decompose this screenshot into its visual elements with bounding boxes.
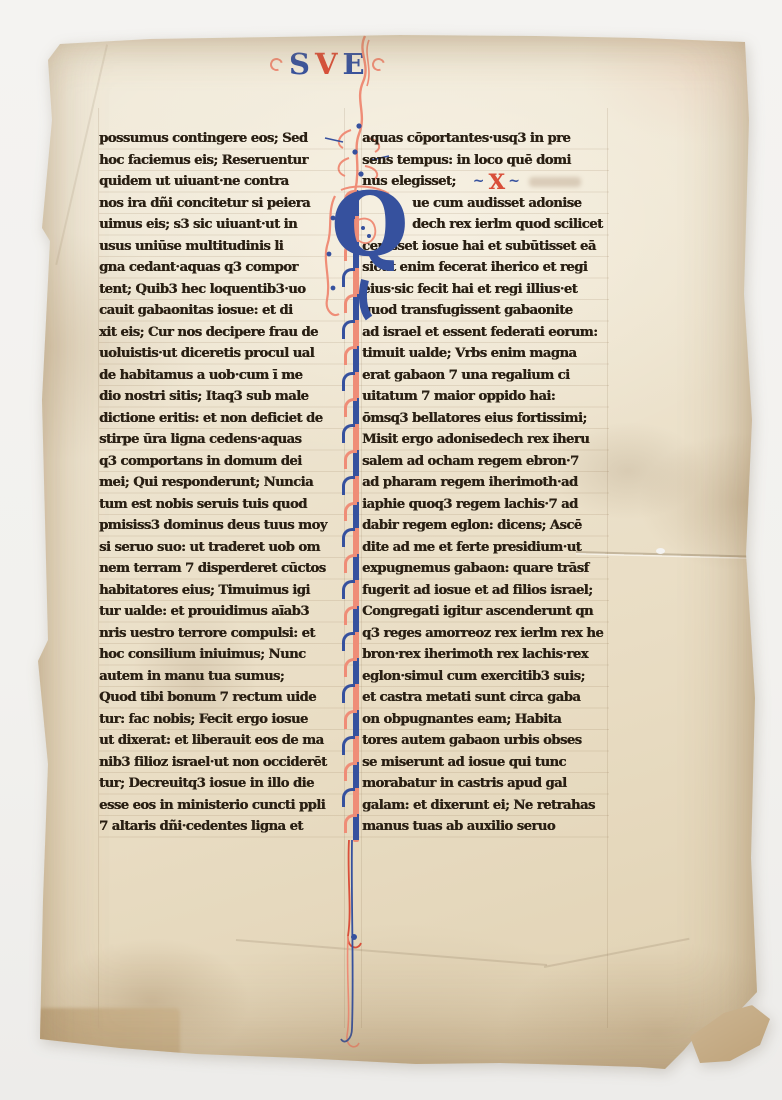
bar-flourish-icon — [342, 684, 355, 703]
text-line: dio nostri sitis; Itaq3 sub male — [99, 386, 346, 408]
initial-letter: Q — [331, 176, 408, 273]
text-line: sens tempus: in loco quē domi — [362, 150, 609, 172]
text-line: aquas cōportantes·usq3 in pre — [362, 128, 609, 150]
text-line: gna cedant·aquas q3 compor — [99, 257, 346, 279]
text-line: Quod tibi bonum 7 rectum uide — [99, 687, 346, 709]
text-line: ut dixerat: et liberauit eos de ma — [99, 730, 346, 752]
text-line: salem ad ocham regem ebron·7 — [362, 451, 609, 473]
bar-flourish-icon — [342, 788, 355, 807]
penwork-curl-icon — [268, 55, 285, 72]
text-line: manus tuas ab auxilio seruo — [362, 816, 609, 838]
text-line: ad pharam regem iherimoth·ad — [362, 472, 609, 494]
bar-flourish-icon — [344, 450, 357, 469]
text-line: expugnemus gabaon: quare trāsf — [362, 558, 609, 580]
text-line: cauit gabaonitas iosue: et di — [99, 300, 346, 322]
bar-flourish-icon — [342, 320, 355, 339]
text-line: mei; Qui responderunt; Nuncia — [99, 472, 346, 494]
text-line: Misit ergo adonisedech rex iheru — [362, 429, 609, 451]
bar-flourish-icon — [342, 528, 355, 547]
bar-flourish-icon — [342, 476, 355, 495]
illuminated-initial: Q — [325, 188, 401, 320]
text-line: 7 altaris dñi·cedentes ligna et — [99, 816, 346, 838]
crease-line — [236, 939, 547, 966]
bar-flourish-icon — [344, 762, 357, 781]
text-line: et castra metati sunt circa gaba — [362, 687, 609, 709]
bar-flourish-icon — [342, 580, 355, 599]
chapter-numeral: X — [488, 171, 504, 192]
bar-flourish-icon — [344, 554, 357, 573]
bar-flourish-icon — [342, 632, 355, 651]
bar-flourish-icon — [342, 424, 355, 443]
text-line: esse eos in ministerio cuncti ppli — [99, 795, 346, 817]
bar-descender — [331, 840, 391, 1060]
text-line: bron·rex iherimoth rex lachis·rex — [362, 644, 609, 666]
text-line: quidem ut uiuant·ne contra — [99, 171, 346, 193]
text-line: erat gabaon 7 una regalium ci — [362, 365, 609, 387]
bar-flourish-icon — [344, 346, 357, 365]
text-line: morabatur in castris apud gal — [362, 773, 609, 795]
penwork-squiggle-icon: ~ — [473, 171, 485, 193]
text-line: de habitamus a uob·cum ī me — [99, 365, 346, 387]
text-line: dabir regem eglon: dicens; Ascē — [362, 515, 609, 537]
text-line: ad israel et essent federati eorum: — [362, 322, 609, 344]
leaf-shadow-wrap: S V E possumus contingere eos; Sedhoc fa… — [0, 0, 782, 1100]
text-line: se miserunt ad iosue qui tunc — [362, 752, 609, 774]
text-line: nris uestro terrore compulsi: et — [99, 623, 346, 645]
text-line: tores autem gabaon urbis obses — [362, 730, 609, 752]
bar-flourish-icon — [344, 606, 357, 625]
text-line: possumus contingere eos; Sed — [99, 128, 346, 150]
text-line: uimus eis; s3 sic uiuant·ut in — [99, 214, 346, 236]
text-line: uoluistis·ut diceretis procul ual — [99, 343, 346, 365]
text-line: tur ualde: et prouidimus aīab3 — [99, 601, 346, 623]
bar-flourish-icon — [344, 710, 357, 729]
text-line: tur: fac nobis; Fecit ergo iosue — [99, 709, 346, 731]
bar-flourish-icon — [344, 658, 357, 677]
text-line: Congregati igitur ascenderunt qn — [362, 601, 609, 623]
text-line: tum est nobis seruis tuis quod — [99, 494, 346, 516]
bar-flourish-icon — [344, 398, 357, 417]
text-line: galam: et dixerunt ei; Ne retrahas — [362, 795, 609, 817]
text-line: uitatum 7 maior oppido hai: — [362, 386, 609, 408]
text-line: nib3 filioz israel·ut non occiderēt — [99, 752, 346, 774]
text-line: eglon·simul cum exercitib3 suis; — [362, 666, 609, 688]
stain — [38, 1008, 180, 1060]
text-line: hoc faciemus eis; Reseruentur — [99, 150, 346, 172]
text-line: usus uniūse multitudinis li — [99, 236, 346, 258]
parchment-leaf: S V E possumus contingere eos; Sedhoc fa… — [36, 34, 758, 1074]
text-line: timuit ualde; Vrbs enim magna — [362, 343, 609, 365]
parchment-hole — [656, 548, 665, 554]
text-line: autem in manu tua sumus; — [99, 666, 346, 688]
text-line: xit eis; Cur nos decipere frau de — [99, 322, 346, 344]
penwork-squiggle-icon: ~ — [508, 171, 520, 193]
text-line: fugerit ad iosue et ad filios israel; — [362, 580, 609, 602]
text-line: si seruo suo: ut traderet uob om — [99, 537, 346, 559]
text-line: nos ira dñi concitetur si peiera — [99, 193, 346, 215]
bar-flourish-icon — [344, 502, 357, 521]
running-title-letter: S — [289, 50, 311, 79]
text-line: q3 comportans in domum dei — [99, 451, 346, 473]
faded-ink-smudge — [529, 177, 581, 187]
text-line: tent; Quib3 hec loquentib3·uo — [99, 279, 346, 301]
text-column-left: possumus contingere eos; Sedhoc faciemus… — [99, 128, 346, 840]
text-line: dictione eritis: et non deficiet de — [99, 408, 346, 430]
bar-flourish-icon — [342, 736, 355, 755]
text-line: stirpe ūra ligna cedens·aquas — [99, 429, 346, 451]
text-line: dite ad me et ferte presidium·ut — [362, 537, 609, 559]
text-line: habitatores eius; Timuimus igi — [99, 580, 346, 602]
text-line: hoc consilium iniuimus; Nunc — [99, 644, 346, 666]
text-line: on obpugnantes eam; Habita — [362, 709, 609, 731]
text-block: possumus contingere eos; Sedhoc faciemus… — [99, 128, 609, 840]
text-line: q3 reges amorreoz rex ierlm rex he — [362, 623, 609, 645]
text-line: iaphie quoq3 regem lachis·7 ad — [362, 494, 609, 516]
bar-flourish-icon — [342, 372, 355, 391]
text-line: tur; Decreuitq3 iosue in illo die — [99, 773, 346, 795]
text-line: ōmsq3 bellatores eius fortissimi; — [362, 408, 609, 430]
bar-flourish-icon — [344, 814, 357, 833]
crease-line — [544, 938, 690, 968]
text-line: pmisiss3 dominus deus tuus moy — [99, 515, 346, 537]
text-line: nem terram 7 disperderet cūctos — [99, 558, 346, 580]
